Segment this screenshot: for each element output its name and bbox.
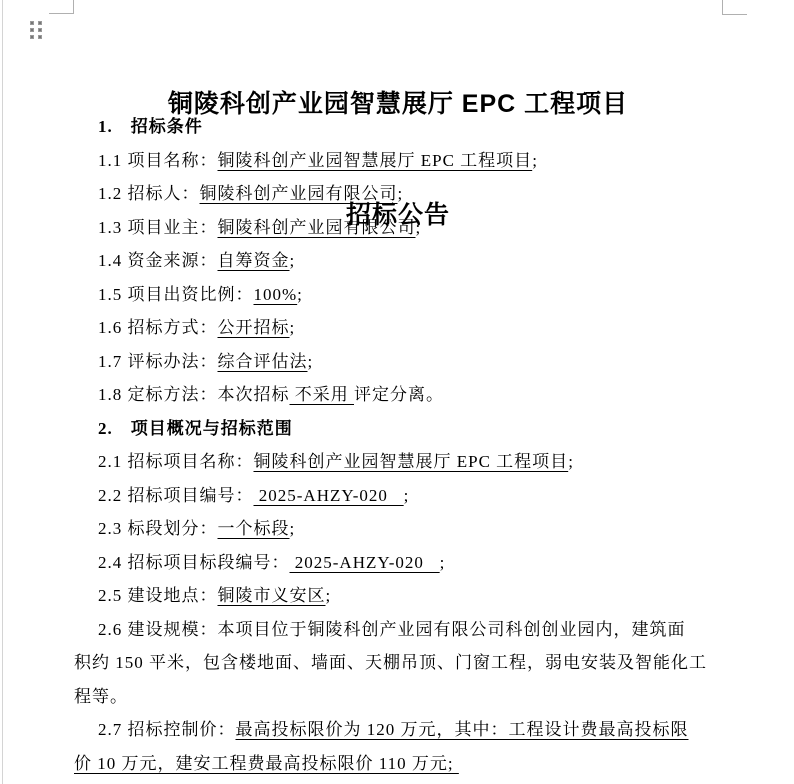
field-text: 评定分离。	[354, 385, 444, 404]
field-text: 1.4 资金来源：	[98, 251, 218, 270]
field-text: 1.7 评标办法：	[98, 352, 218, 371]
field-text: 1.2 招标人：	[98, 184, 200, 203]
field-text: ;	[326, 586, 332, 605]
text-line: 1.2 招标人：铜陵科创产业园有限公司;	[74, 177, 734, 211]
section-heading: 2. 项目概况与招标范围	[74, 412, 734, 446]
field-value: 价 10 万元，建安工程费最高投标限价 110 万元;	[74, 754, 459, 773]
field-value: 铜陵科创产业园有限公司	[200, 184, 398, 203]
field-text: ;	[290, 318, 296, 337]
field-text: 1.3 项目业主：	[98, 218, 218, 237]
field-text: 2.5 建设地点：	[98, 586, 218, 605]
field-text: 2.3 标段划分：	[98, 519, 218, 538]
field-value: 2025-AHZY-020	[254, 486, 404, 505]
field-text: 1.5 项目出资比例：	[98, 285, 254, 304]
text-line: 2.2 招标项目编号： 2025-AHZY-020 ;	[74, 479, 734, 513]
field-text: 2.1 招标项目名称：	[98, 452, 254, 471]
drag-handle-icon[interactable]	[30, 21, 42, 40]
page-edge-line	[2, 0, 3, 784]
drag-handle-dot	[38, 21, 42, 25]
field-value: 100%	[254, 285, 298, 304]
field-text: 2.4 招标项目标段编号：	[98, 553, 290, 572]
document-page: 铜陵科创产业园智慧展厅 EPC 工程项目 招标公告 1. 招标条件1.1 项目名…	[0, 0, 794, 784]
text-line: 1.1 项目名称：铜陵科创产业园智慧展厅 EPC 工程项目;	[74, 144, 734, 178]
text-line: 1.8 定标方法：本次招标 不采用 评定分离。	[74, 378, 734, 412]
field-text: ;	[416, 218, 422, 237]
field-value: 综合评估法	[218, 352, 308, 371]
text-line: 1.3 项目业主：铜陵科创产业园有限公司;	[74, 211, 734, 245]
document-lines: 1. 招标条件1.1 项目名称：铜陵科创产业园智慧展厅 EPC 工程项目;1.2…	[74, 110, 734, 780]
field-text: 程等。	[74, 687, 128, 706]
field-value: 最高投标限价为 120 万元，其中：工程设计费最高投标限	[236, 720, 689, 739]
text-line: 2.6 建设规模：本项目位于铜陵科创产业园有限公司科创创业园内，建筑面	[74, 613, 734, 647]
field-value: 一个标段	[218, 519, 290, 538]
field-value: 铜陵科创产业园有限公司	[218, 218, 416, 237]
field-text: ;	[297, 285, 303, 304]
field-text: ;	[308, 352, 314, 371]
text-line: 2.7 招标控制价：最高投标限价为 120 万元，其中：工程设计费最高投标限	[74, 713, 734, 747]
field-text: 1.6 招标方式：	[98, 318, 218, 337]
text-line: 积约 150 平米，包含楼地面、墙面、天棚吊顶、门窗工程，弱电安装及智能化工	[74, 646, 734, 680]
field-value: 铜陵市义安区	[218, 586, 326, 605]
field-text: ;	[440, 553, 446, 572]
field-text: 1.8 定标方法：本次招标	[98, 385, 290, 404]
field-text: 2.7 招标控制价：	[98, 720, 236, 739]
text-line: 程等。	[74, 680, 734, 714]
text-line: 1.4 资金来源：自筹资金;	[74, 244, 734, 278]
field-text: ;	[398, 184, 404, 203]
drag-handle-dot	[30, 35, 34, 39]
field-text: ;	[290, 519, 296, 538]
field-text: ;	[568, 452, 574, 471]
field-text: 1. 招标条件	[98, 117, 203, 136]
text-line: 价 10 万元，建安工程费最高投标限价 110 万元;	[74, 747, 734, 781]
field-text: ;	[404, 486, 410, 505]
field-value: 不采用	[290, 385, 355, 404]
field-value: 自筹资金	[218, 251, 290, 270]
drag-handle-dot	[30, 28, 34, 32]
field-text: 2.2 招标项目编号：	[98, 486, 254, 505]
drag-handle-dot	[30, 21, 34, 25]
text-line: 2.3 标段划分：一个标段;	[74, 512, 734, 546]
drag-handle-dot	[38, 35, 42, 39]
field-text: ;	[532, 151, 538, 170]
text-line: 2.4 招标项目标段编号： 2025-AHZY-020 ;	[74, 546, 734, 580]
field-text: 1.1 项目名称：	[98, 151, 218, 170]
field-text: 2.6 建设规模：本项目位于铜陵科创产业园有限公司科创创业园内，建筑面	[98, 620, 686, 639]
text-line: 1.7 评标办法：综合评估法;	[74, 345, 734, 379]
field-value: 公开招标	[218, 318, 290, 337]
section-heading: 1. 招标条件	[74, 110, 734, 144]
text-line: 2.5 建设地点：铜陵市义安区;	[74, 579, 734, 613]
text-line: 1.5 项目出资比例：100%;	[74, 278, 734, 312]
field-value: 铜陵科创产业园智慧展厅 EPC 工程项目	[254, 452, 569, 471]
field-text: ;	[290, 251, 296, 270]
drag-handle-dot	[38, 28, 42, 32]
field-text: 积约 150 平米，包含楼地面、墙面、天棚吊顶、门窗工程，弱电安装及智能化工	[74, 653, 707, 672]
text-line: 2.1 招标项目名称：铜陵科创产业园智慧展厅 EPC 工程项目;	[74, 445, 734, 479]
text-line: 1.6 招标方式：公开招标;	[74, 311, 734, 345]
field-value: 2025-AHZY-020	[290, 553, 440, 572]
field-text: 2. 项目概况与招标范围	[98, 419, 293, 438]
field-value: 铜陵科创产业园智慧展厅 EPC 工程项目	[218, 151, 533, 170]
